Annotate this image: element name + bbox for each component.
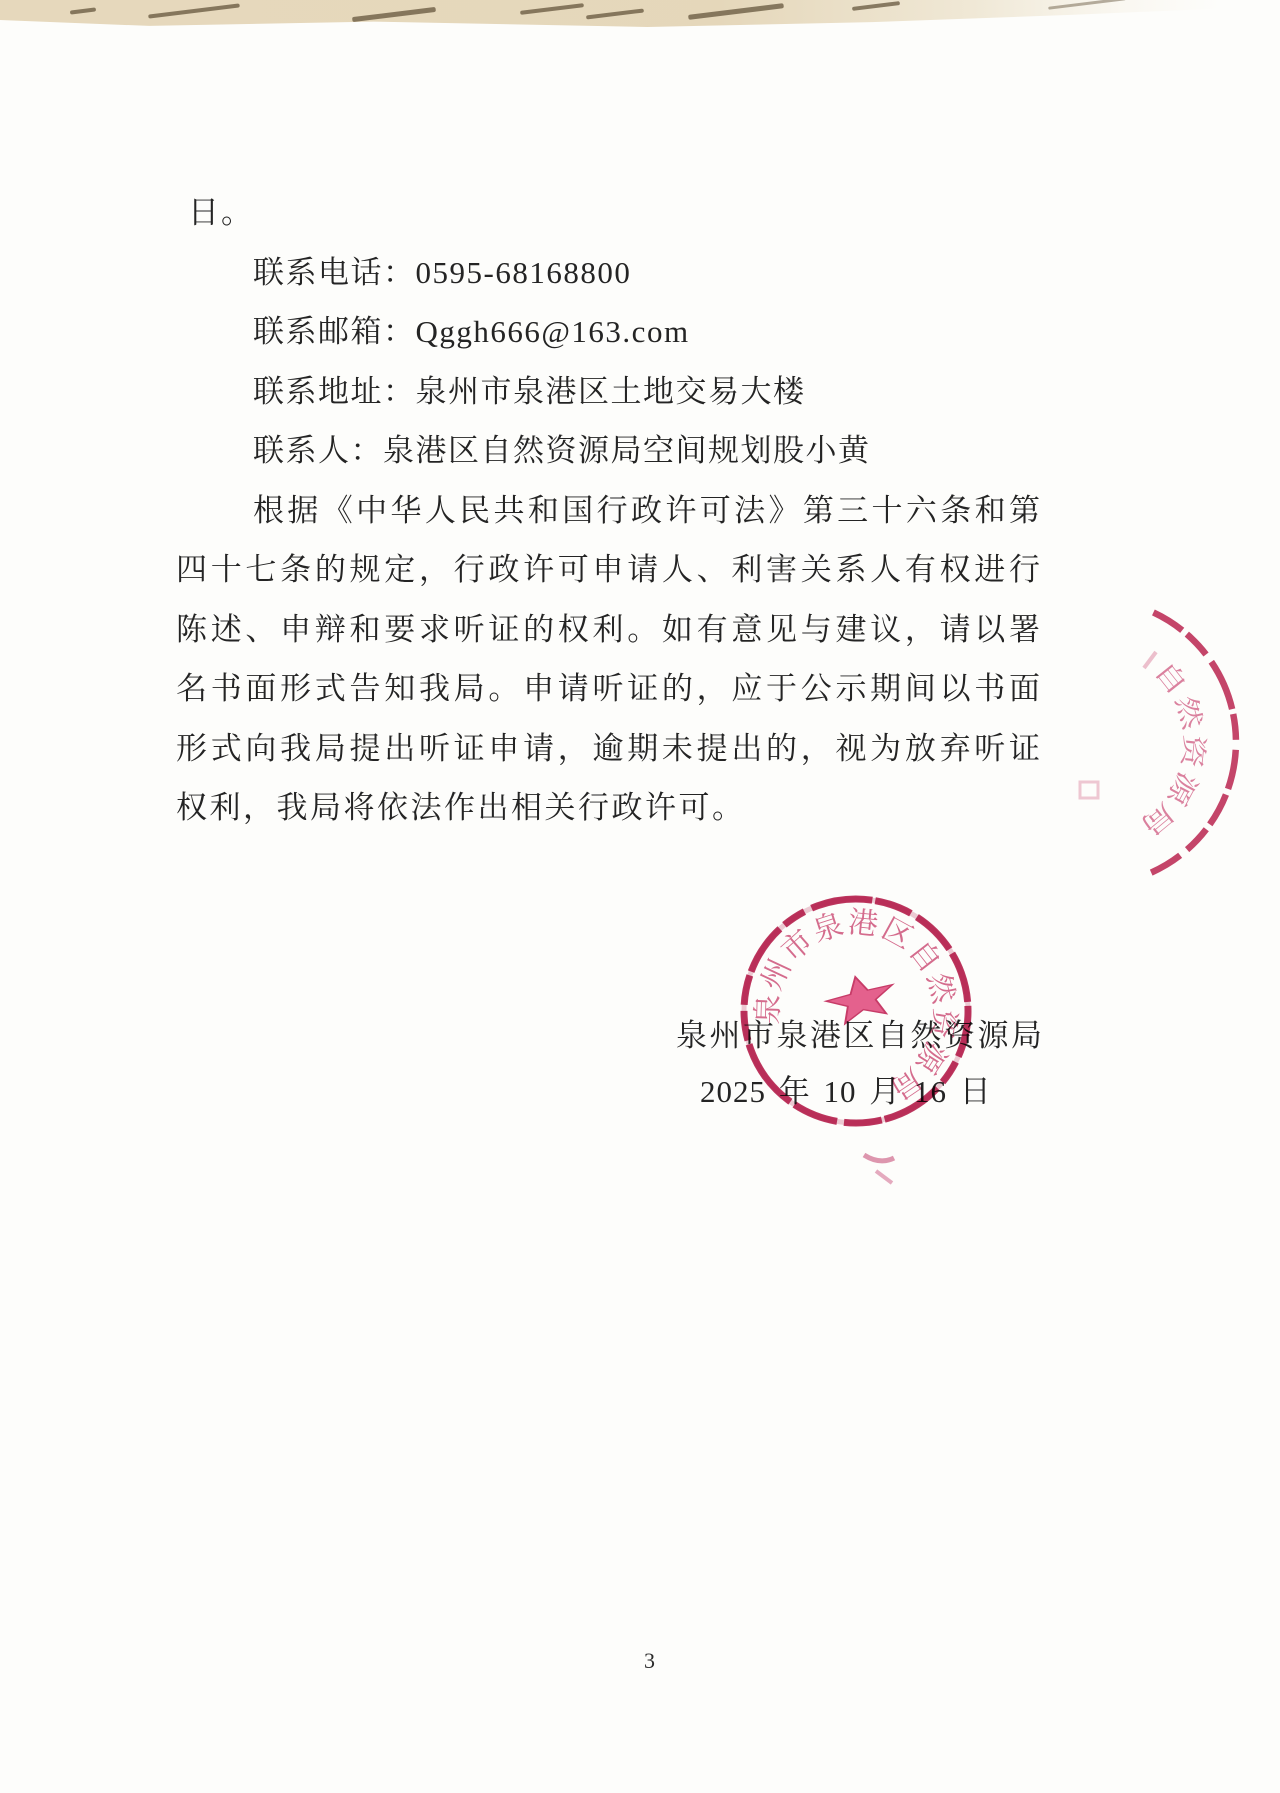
- seal-smudge: [876, 1171, 892, 1183]
- opening-text: 日。: [188, 195, 254, 230]
- scan-artifact-top: [0, 0, 1245, 27]
- seal-smudge: [1080, 782, 1098, 798]
- paragraph-line: 形式向我局提出听证申请，逾期未提出的，视为放弃听证: [176, 719, 1040, 779]
- scan-mark: [70, 7, 96, 14]
- scan-mark: [688, 3, 784, 20]
- partial-seal: 自然资源局: [940, 590, 1280, 910]
- contact-value: 泉州市泉港区土地交易大楼: [416, 374, 806, 409]
- scan-mark: [520, 3, 584, 15]
- scan-mark: [1048, 0, 1126, 10]
- contact-line-email: 联系邮箱：Qggh666@163.com: [253, 302, 1048, 362]
- contact-line-phone: 联系电话：0595-68168800: [253, 243, 1048, 303]
- scan-mark: [586, 8, 644, 19]
- letter-body: 日。 联系电话：0595-68168800 联系邮箱：Qggh666@163.c…: [176, 183, 1048, 838]
- partial-seal-text-holder: 自然资源局: [1134, 656, 1210, 843]
- contact-label: 联系地址：: [253, 374, 416, 409]
- paragraph-line: 根据《中华人民共和国行政许可法》第三十六条和第: [253, 481, 1040, 541]
- scan-mark: [852, 1, 900, 11]
- paragraph-line: 四十七条的规定，行政许可申请人、利害关系人有权进行: [176, 540, 1040, 600]
- contact-line-address: 联系地址：泉州市泉港区土地交易大楼: [253, 362, 1048, 422]
- contact-label: 联系人：: [253, 433, 383, 468]
- scan-mark: [352, 7, 436, 22]
- paragraph-line: 权利，我局将依法作出相关行政许可。: [176, 778, 1048, 838]
- contact-value: 0595-68168800: [416, 255, 632, 290]
- scan-mark: [148, 3, 240, 18]
- paragraph-line: 名书面形式告知我局。申请听证的，应于公示期间以书面: [176, 659, 1040, 719]
- document-page: 日。 联系电话：0595-68168800 联系邮箱：Qggh666@163.c…: [0, 0, 1280, 1793]
- opening-line: 日。: [188, 183, 1048, 243]
- contact-value: Qggh666@163.com: [416, 314, 690, 349]
- page-number: 3: [0, 1648, 1280, 1674]
- contact-label: 联系电话：: [253, 255, 416, 290]
- contact-value: 泉港区自然资源局空间规划股小黄: [383, 433, 871, 468]
- seal-smudge: [1144, 652, 1156, 668]
- official-seal: 泉州市泉港区自然资源局: [716, 871, 996, 1201]
- paragraph-line: 陈述、申辩和要求听证的权利。如有意见与建议，请以署: [176, 600, 1040, 660]
- partial-seal-text: 自然资源局: [1134, 656, 1210, 843]
- contact-label: 联系邮箱：: [253, 314, 416, 349]
- contact-line-person: 联系人：泉港区自然资源局空间规划股小黄: [253, 421, 1048, 481]
- star-icon: [822, 969, 899, 1027]
- seal-smudge: [864, 1155, 894, 1161]
